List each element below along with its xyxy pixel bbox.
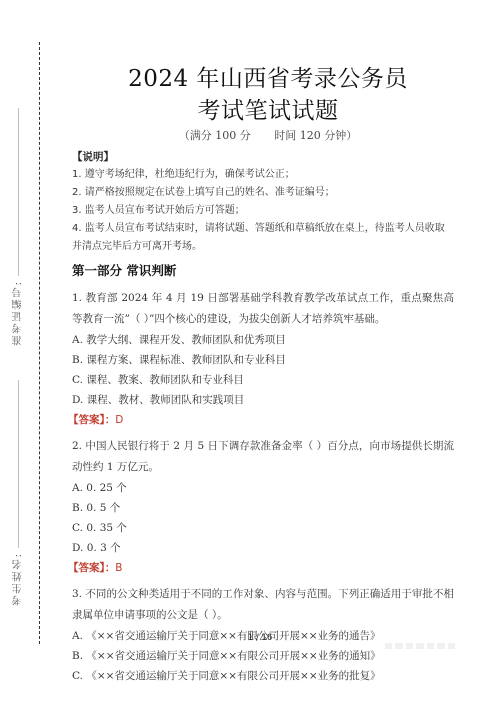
candidate-name-label: 考生姓名:: [11, 552, 26, 605]
admission-ticket-label: 准考证编号:: [11, 280, 26, 345]
time-limit: 时间 120 分钟）: [274, 129, 357, 142]
answer-line: 【答案】：D: [68, 410, 454, 430]
candidate-name-field: 考生姓名:: [8, 380, 28, 605]
page-number: 1 / 16: [0, 633, 500, 643]
option-c: C. 课程、教案、教师团队和专业科目: [72, 370, 454, 390]
option-c: C. 《××省交通运输厅关于同意××有限公司开展××业务的批复》: [72, 666, 454, 686]
question-stem: 2. 中国人民银行将于 2 月 5 日下调存款准备金率（ ）百分点，向市场提供长…: [72, 436, 454, 478]
option-a: A. 0. 25 个: [72, 478, 454, 498]
notes-heading: 【说明】: [72, 148, 454, 166]
note-item: 4. 监考人员宣布考试结束时，请将试题、答题纸和草稿纸放在桌上，待监考人员收取并…: [72, 220, 454, 256]
question-stem: 3. 不同的公文种类适用于不同的工作对象、内容与范围。下列正确适用于审批不相隶属…: [72, 584, 454, 626]
answer-value: B: [115, 562, 122, 574]
answer-label: 【答案】：: [68, 562, 115, 574]
note-item: 1. 遵守考场纪律，杜绝违纪行为，确保考试公正；: [72, 166, 454, 184]
answer-label: 【答案】：: [68, 414, 115, 426]
exam-subtitle: （满分 100 分 时间 120 分钟）: [18, 127, 500, 143]
option-d: D. 课程、教材、教师团队和实践项目: [72, 390, 454, 410]
option-d: D. 0. 3 个: [72, 538, 454, 558]
exam-title-line1: 2024 年山西省考录公务员: [18, 60, 500, 93]
answer-value: D: [115, 414, 123, 426]
note-item: 2. 请严格按照规定在试卷上填写自己的姓名、准考证编号；: [72, 184, 454, 202]
section-title: 第一部分 常识判断: [72, 260, 454, 282]
question-1: 1. 教育部 2024 年 4 月 19 日部署基础学科教育教学改革试点工作，重…: [72, 288, 454, 430]
option-b: B. 0. 5 个: [72, 498, 454, 518]
full-score: （满分 100 分: [179, 129, 251, 142]
option-c: C. 0. 35 个: [72, 518, 454, 538]
admission-ticket-field: 准考证编号:: [8, 108, 28, 345]
candidate-name-underline: [18, 380, 19, 548]
question-stem: 1. 教育部 2024 年 4 月 19 日部署基础学科教育教学改革试点工作，重…: [72, 288, 454, 330]
answer-line: 【答案】：B: [68, 558, 454, 578]
exam-title-line2: 考试笔试试题: [18, 92, 500, 125]
question-2: 2. 中国人民银行将于 2 月 5 日下调存款准备金率（ ）百分点，向市场提供长…: [72, 436, 454, 578]
option-b: B. 课程方案、课程标准、教师团队和专业科目: [72, 350, 454, 370]
note-item: 3. 监考人员宣布考试开始后方可答题；: [72, 202, 454, 220]
watermark: [385, 643, 455, 651]
exam-content: 【说明】 1. 遵守考场纪律，杜绝违纪行为，确保考试公正； 2. 请严格按照规定…: [72, 148, 454, 686]
option-a: A. 教学大纲、课程开发、教师团队和优秀项目: [72, 330, 454, 350]
